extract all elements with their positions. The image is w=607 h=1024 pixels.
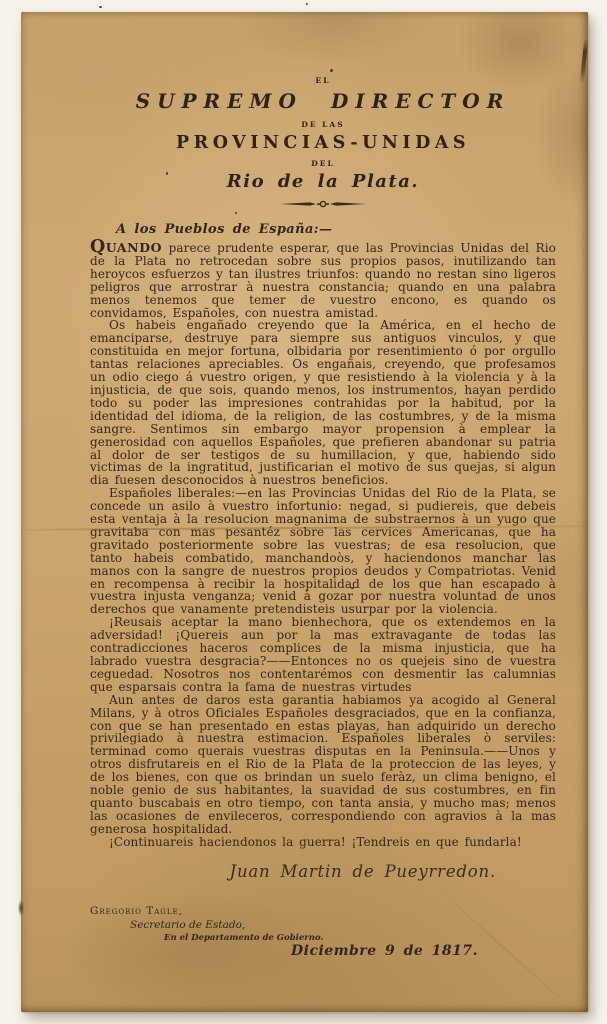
masthead: EL SUPREMO DIRECTOR DE LAS PROVINCIAS-UN… xyxy=(90,76,556,209)
scanned-page-canvas: EL SUPREMO DIRECTOR DE LAS PROVINCIAS-UN… xyxy=(0,0,607,1024)
ornament-divider-icon xyxy=(280,199,366,209)
body-text: QUANDO parece prudente esperar, que las … xyxy=(90,242,556,849)
drop-word-rest: UANDO xyxy=(106,240,162,255)
signature: Juan Martin de Pueyrredon. xyxy=(90,862,496,881)
masthead-of: DEL xyxy=(90,159,556,168)
ink-speck xyxy=(306,3,308,5)
body-paragraph-1: QUANDO parece prudente esperar, que las … xyxy=(90,242,556,319)
body-paragraph-3: Españoles liberales:—en las Provincias U… xyxy=(90,487,556,616)
masthead-of-the: DE LAS xyxy=(90,120,556,129)
closing-block: Gregorio Tagle, Secretario de Estado, En… xyxy=(90,905,556,995)
secretary-name: Gregorio Tagle, xyxy=(90,905,556,917)
body-paragraph-4: ¡Reusais aceptar la mano bienhechora, qu… xyxy=(90,616,556,693)
body-paragraph-5: Aun antes de daros esta garantia habiamo… xyxy=(90,694,556,836)
document-paper: EL SUPREMO DIRECTOR DE LAS PROVINCIAS-UN… xyxy=(21,12,588,1012)
left-edge-mark xyxy=(18,900,24,916)
document-date: Diciembre 9 de 1817. xyxy=(291,943,478,959)
ink-speck xyxy=(99,6,102,8)
masthead-river-title: Rio de la Plata. xyxy=(90,171,556,192)
masthead-provinces: PROVINCIAS-UNIDAS xyxy=(90,133,556,153)
document-title: SUPREMO DIRECTOR xyxy=(90,89,556,113)
body-paragraph-6: ¡Continuareis haciendonos la guerra! ¡Te… xyxy=(90,836,556,849)
masthead-article: EL xyxy=(90,76,556,85)
secretary-department: En el Departamento de Gobierno. xyxy=(164,933,556,943)
document-content: EL SUPREMO DIRECTOR DE LAS PROVINCIAS-UN… xyxy=(90,12,556,995)
salutation: A los Pueblos de España:— xyxy=(116,222,556,237)
secretary-title: Secretario de Estado, xyxy=(130,919,556,931)
edge-tear-mark xyxy=(580,38,589,84)
body-paragraph-2: Os habeis engañado creyendo que la Améri… xyxy=(90,319,556,487)
